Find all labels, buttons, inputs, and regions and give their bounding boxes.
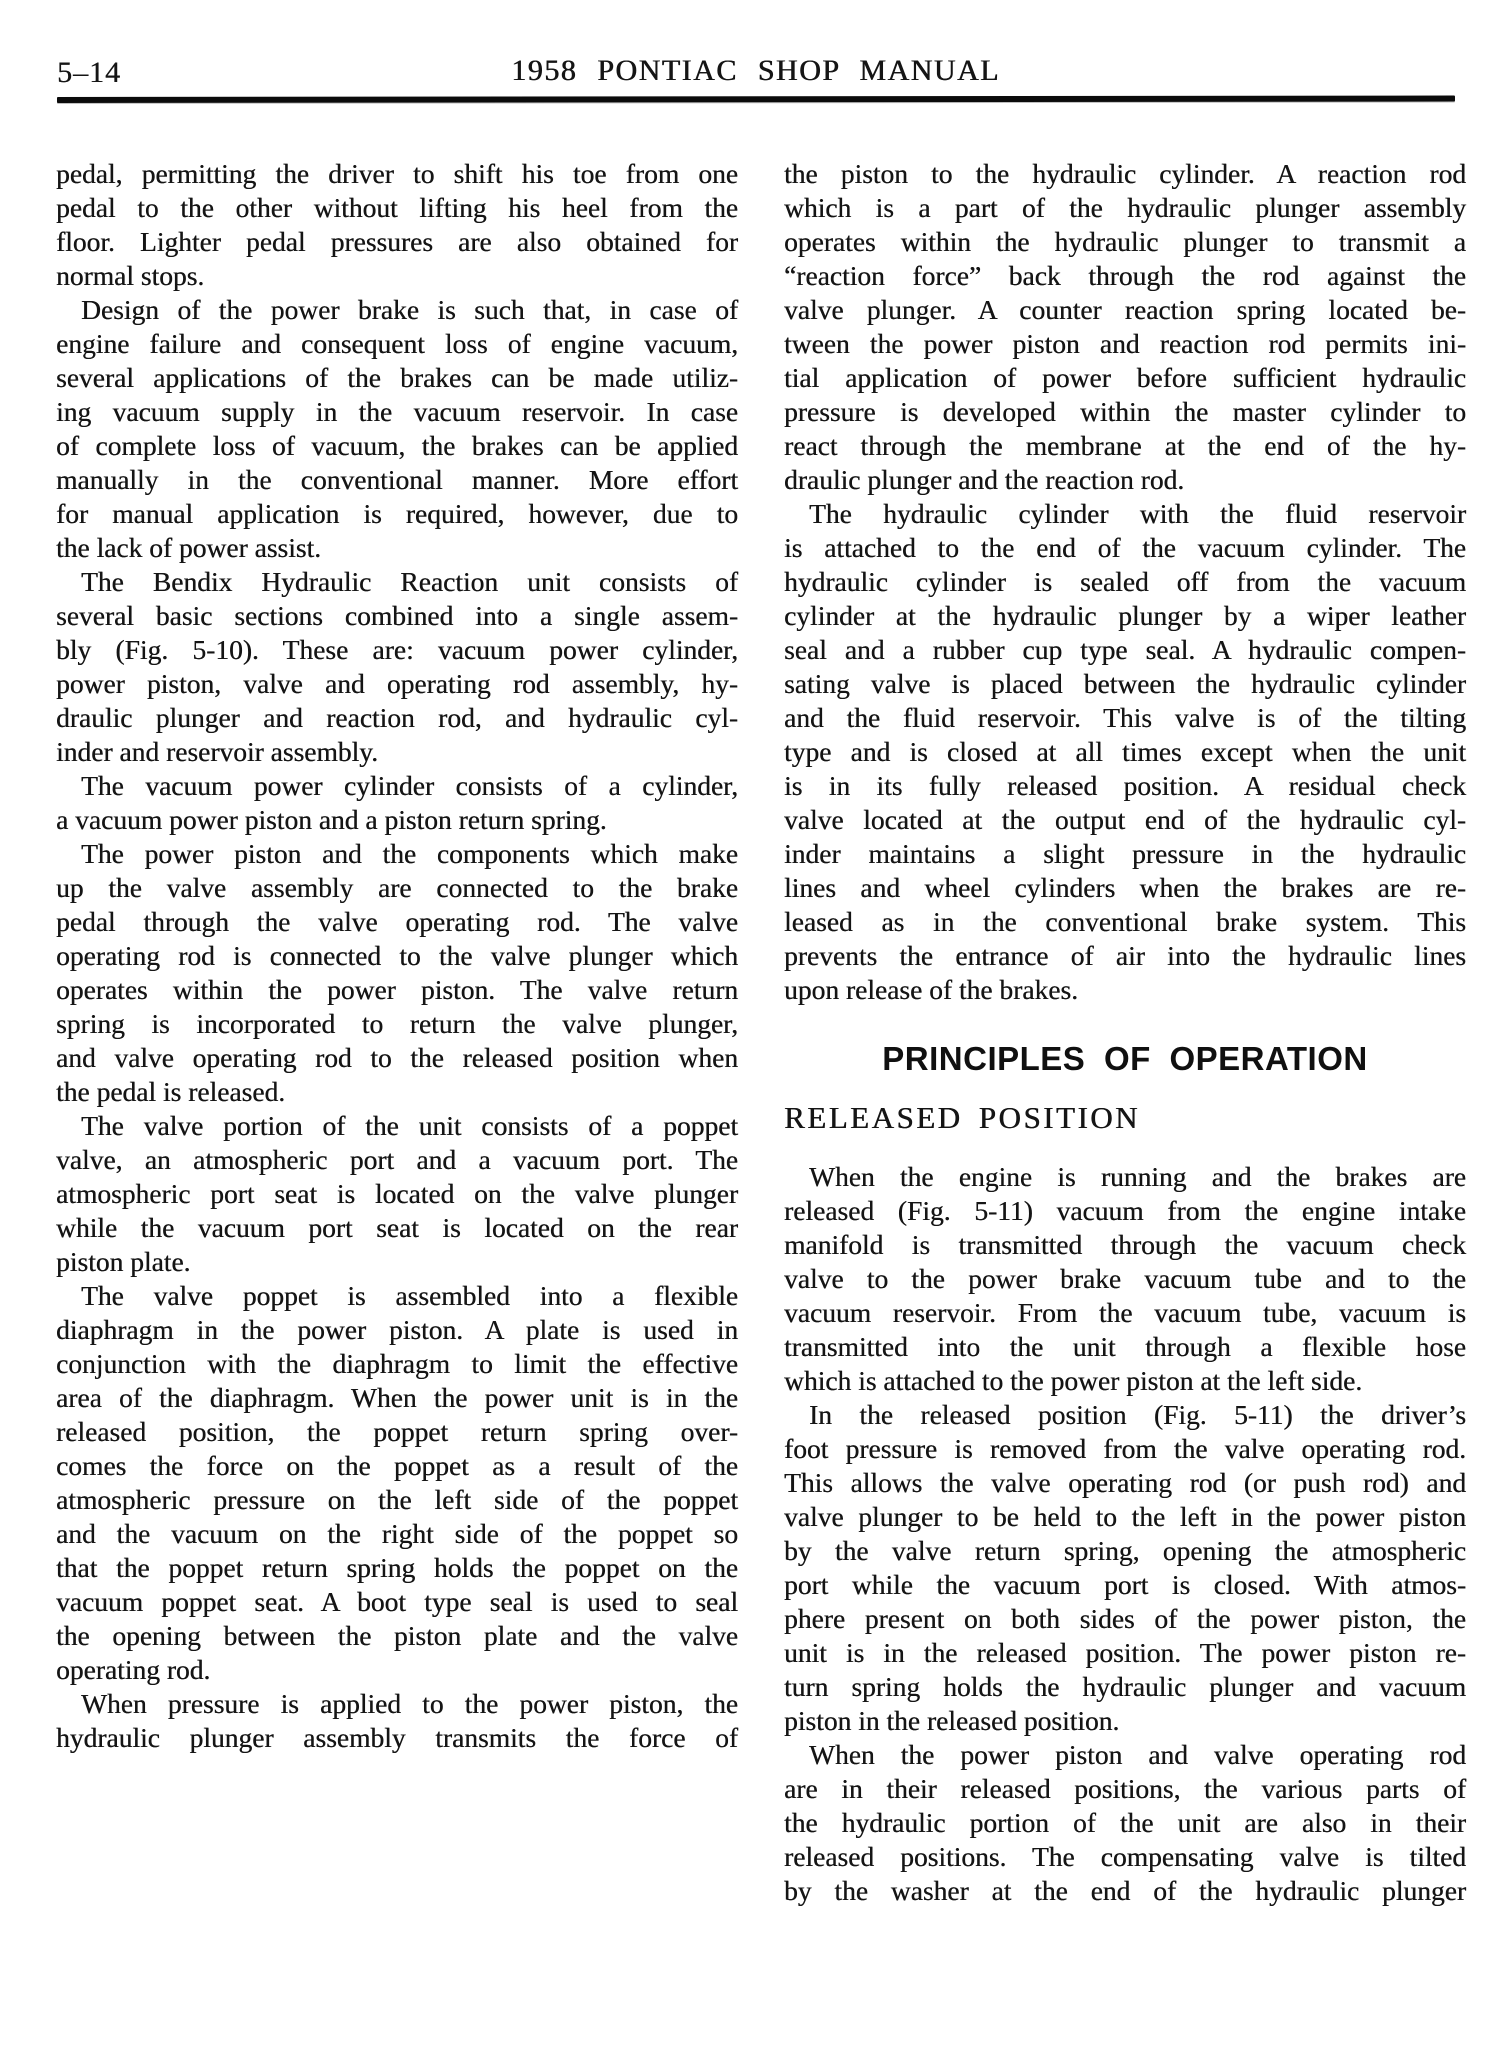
text-line: is in its fully released position. A res… xyxy=(784,769,1466,803)
text-line: operating rod is connected to the valve … xyxy=(56,939,738,973)
text-line: The vacuum power cylinder consists of a … xyxy=(56,769,738,803)
paragraph: the piston to the hydraulic cylinder. A … xyxy=(784,157,1466,497)
paragraph: The hydraulic cylinder with the fluid re… xyxy=(784,497,1466,1007)
text-line: inder maintains a slight pressure in the… xyxy=(784,837,1466,871)
text-line: valve plunger to be held to the left in … xyxy=(784,1500,1466,1534)
right-column: the piston to the hydraulic cylinder. A … xyxy=(784,157,1466,1908)
text-line: valve plunger. A counter reaction spring… xyxy=(784,293,1466,327)
text-line: transmitted into the unit through a flex… xyxy=(784,1330,1466,1364)
text-line: draulic plunger and the reaction rod. xyxy=(784,463,1466,497)
text-line: react through the membrane at the end of… xyxy=(784,429,1466,463)
text-line: released position, the poppet return spr… xyxy=(56,1415,738,1449)
text-line: a vacuum power piston and a piston retur… xyxy=(56,803,738,837)
text-line: “reaction force” back through the rod ag… xyxy=(784,259,1466,293)
paragraph: The vacuum power cylinder consists of a … xyxy=(56,769,738,837)
text-line: by the valve return spring, opening the … xyxy=(784,1534,1466,1568)
text-line: which is attached to the power piston at… xyxy=(784,1364,1466,1398)
text-line: that the poppet return spring holds the … xyxy=(56,1551,738,1585)
text-line: prevents the entrance of air into the hy… xyxy=(784,939,1466,973)
text-line: leased as in the conventional brake syst… xyxy=(784,905,1466,939)
text-line: The power piston and the components whic… xyxy=(56,837,738,871)
text-line: several basic sections combined into a s… xyxy=(56,599,738,633)
page-title: 1958 PONTIAC SHOP MANUAL xyxy=(0,54,1511,88)
text-line: normal stops. xyxy=(56,259,738,293)
left-column: pedal, permitting the driver to shift hi… xyxy=(56,157,738,1755)
text-line: valve located at the output end of the h… xyxy=(784,803,1466,837)
text-line: The valve portion of the unit consists o… xyxy=(56,1109,738,1143)
text-line: port while the vacuum port is closed. Wi… xyxy=(784,1568,1466,1602)
text-line: diaphragm in the power piston. A plate i… xyxy=(56,1313,738,1347)
text-line: tial application of power before suffici… xyxy=(784,361,1466,395)
text-line: the pedal is released. xyxy=(56,1075,738,1109)
text-line: The valve poppet is assembled into a fle… xyxy=(56,1279,738,1313)
text-line: the piston to the hydraulic cylinder. A … xyxy=(784,157,1466,191)
text-line: floor. Lighter pedal pressures are also … xyxy=(56,225,738,259)
text-line: of complete loss of vacuum, the brakes c… xyxy=(56,429,738,463)
paragraph: Design of the power brake is such that, … xyxy=(56,293,738,565)
text-line: power piston, valve and operating rod as… xyxy=(56,667,738,701)
text-line: tween the power piston and reaction rod … xyxy=(784,327,1466,361)
text-line: hydraulic plunger assembly transmits the… xyxy=(56,1721,738,1755)
text-line: atmospheric pressure on the left side of… xyxy=(56,1483,738,1517)
text-line: The hydraulic cylinder with the fluid re… xyxy=(784,497,1466,531)
paragraph: When the engine is running and the brake… xyxy=(784,1160,1466,1398)
text-line: bly (Fig. 5-10). These are: vacuum power… xyxy=(56,633,738,667)
text-line: ing vacuum supply in the vacuum reservoi… xyxy=(56,395,738,429)
paragraph: When the power piston and valve operatin… xyxy=(784,1738,1466,1908)
text-line: for manual application is required, howe… xyxy=(56,497,738,531)
header-rule xyxy=(57,96,1455,103)
text-line: draulic plunger and reaction rod, and hy… xyxy=(56,701,738,735)
text-line: comes the force on the poppet as a resul… xyxy=(56,1449,738,1483)
text-line: vacuum poppet seat. A boot type seal is … xyxy=(56,1585,738,1619)
text-line: sating valve is placed between the hydra… xyxy=(784,667,1466,701)
text-line: by the washer at the end of the hydrauli… xyxy=(784,1874,1466,1908)
text-line: pedal to the other without lifting his h… xyxy=(56,191,738,225)
paragraph: The valve poppet is assembled into a fle… xyxy=(56,1279,738,1687)
text-line: hydraulic cylinder is sealed off from th… xyxy=(784,565,1466,599)
text-line: which is a part of the hydraulic plunger… xyxy=(784,191,1466,225)
text-line: operating rod. xyxy=(56,1653,738,1687)
text-line: is attached to the end of the vacuum cyl… xyxy=(784,531,1466,565)
text-line: unit is in the released position. The po… xyxy=(784,1636,1466,1670)
section-heading: PRINCIPLES OF OPERATION xyxy=(784,1039,1466,1079)
text-line: area of the diaphragm. When the power un… xyxy=(56,1381,738,1415)
paragraph: pedal, permitting the driver to shift hi… xyxy=(56,157,738,293)
text-line: and the vacuum on the right side of the … xyxy=(56,1517,738,1551)
text-line: piston plate. xyxy=(56,1245,738,1279)
paragraph: The power piston and the components whic… xyxy=(56,837,738,1109)
text-line: lines and wheel cylinders when the brake… xyxy=(784,871,1466,905)
text-line: pressure is developed within the master … xyxy=(784,395,1466,429)
subsection-heading: RELEASED POSITION xyxy=(784,1099,1466,1137)
text-line: phere present on both sides of the power… xyxy=(784,1602,1466,1636)
text-line: pedal through the valve operating rod. T… xyxy=(56,905,738,939)
text-line: seal and a rubber cup type seal. A hydra… xyxy=(784,633,1466,667)
paragraph: The Bendix Hydraulic Reaction unit consi… xyxy=(56,565,738,769)
text-line: released (Fig. 5-11) vacuum from the eng… xyxy=(784,1194,1466,1228)
text-line: piston in the released position. xyxy=(784,1704,1466,1738)
text-line: type and is closed at all times except w… xyxy=(784,735,1466,769)
paragraph: In the released position (Fig. 5-11) the… xyxy=(784,1398,1466,1738)
text-line: operates within the hydraulic plunger to… xyxy=(784,225,1466,259)
text-line: vacuum reservoir. From the vacuum tube, … xyxy=(784,1296,1466,1330)
text-line: valve to the power brake vacuum tube and… xyxy=(784,1262,1466,1296)
text-line: turn spring holds the hydraulic plunger … xyxy=(784,1670,1466,1704)
text-line: Design of the power brake is such that, … xyxy=(56,293,738,327)
text-line: up the valve assembly are connected to t… xyxy=(56,871,738,905)
text-line: When the engine is running and the brake… xyxy=(784,1160,1466,1194)
text-line: operates within the power piston. The va… xyxy=(56,973,738,1007)
text-line: When pressure is applied to the power pi… xyxy=(56,1687,738,1721)
text-line: the hydraulic portion of the unit are al… xyxy=(784,1806,1466,1840)
text-line: upon release of the brakes. xyxy=(784,973,1466,1007)
text-line: When the power piston and valve operatin… xyxy=(784,1738,1466,1772)
text-line: the lack of power assist. xyxy=(56,531,738,565)
text-line: foot pressure is removed from the valve … xyxy=(784,1432,1466,1466)
text-line: and valve operating rod to the released … xyxy=(56,1041,738,1075)
text-line: spring is incorporated to return the val… xyxy=(56,1007,738,1041)
text-line: while the vacuum port seat is located on… xyxy=(56,1211,738,1245)
text-line: This allows the valve operating rod (or … xyxy=(784,1466,1466,1500)
text-line: the opening between the piston plate and… xyxy=(56,1619,738,1653)
document-page: 5–14 1958 PONTIAC SHOP MANUAL pedal, per… xyxy=(0,0,1511,2053)
text-line: pedal, permitting the driver to shift hi… xyxy=(56,157,738,191)
text-line: several applications of the brakes can b… xyxy=(56,361,738,395)
text-line: conjunction with the diaphragm to limit … xyxy=(56,1347,738,1381)
text-line: atmospheric port seat is located on the … xyxy=(56,1177,738,1211)
text-line: are in their released positions, the var… xyxy=(784,1772,1466,1806)
text-line: engine failure and consequent loss of en… xyxy=(56,327,738,361)
text-line: valve, an atmospheric port and a vacuum … xyxy=(56,1143,738,1177)
paragraph: The valve portion of the unit consists o… xyxy=(56,1109,738,1279)
text-line: The Bendix Hydraulic Reaction unit consi… xyxy=(56,565,738,599)
paragraph: When pressure is applied to the power pi… xyxy=(56,1687,738,1755)
text-line: and the fluid reservoir. This valve is o… xyxy=(784,701,1466,735)
text-line: manifold is transmitted through the vacu… xyxy=(784,1228,1466,1262)
text-line: released positions. The compensating val… xyxy=(784,1840,1466,1874)
text-line: manually in the conventional manner. Mor… xyxy=(56,463,738,497)
text-line: inder and reservoir assembly. xyxy=(56,735,738,769)
text-line: In the released position (Fig. 5-11) the… xyxy=(784,1398,1466,1432)
text-line: cylinder at the hydraulic plunger by a w… xyxy=(784,599,1466,633)
